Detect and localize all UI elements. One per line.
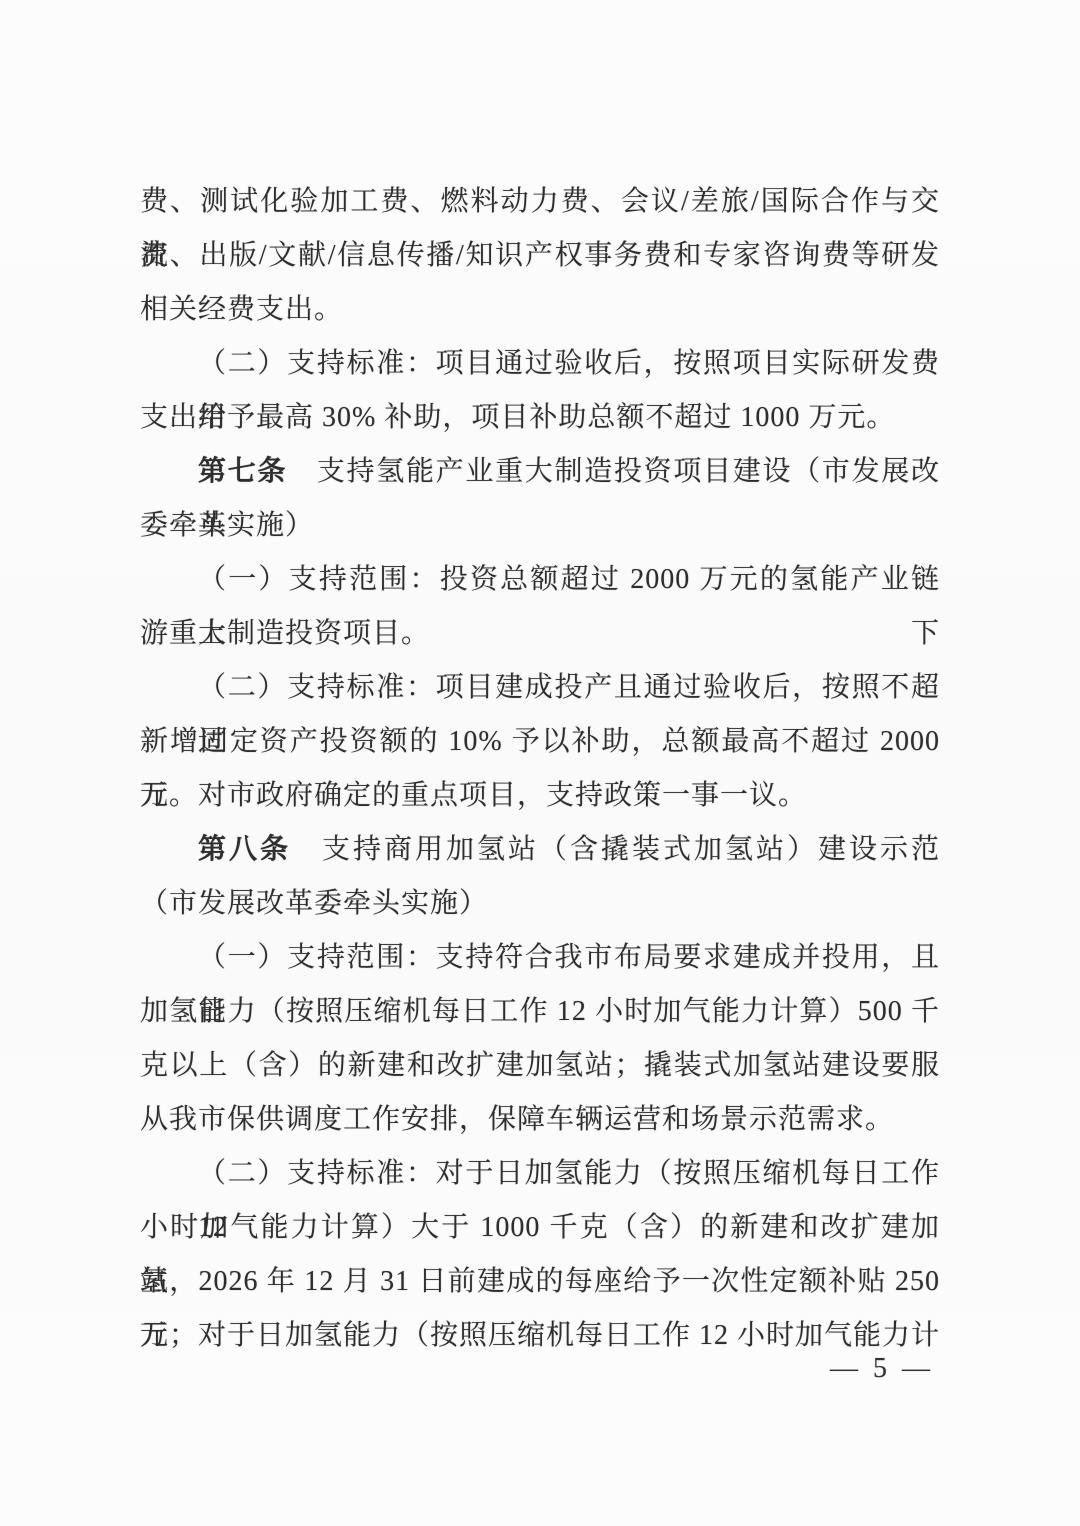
text-line: 元；对于日加氢能力（按照压缩机每日工作 12 小时加气能力计: [140, 1309, 940, 1363]
text-segment: 费、出版/文献/信息传播/知识产权事务费和专家咨询费等研发: [140, 240, 940, 271]
text-line: （一）支持范围：投资总额超过 2000 万元的氢能产业链上下: [140, 553, 940, 607]
text-line: 支出给予最高 30% 补助，项目补助总额不超过 1000 万元。: [140, 391, 940, 445]
text-line: 第八条 支持商用加氢站（含撬装式加氢站）建设示范: [140, 823, 940, 877]
text-segment: 克以上（含）的新建和改扩建加氢站；撬装式加氢站建设要服: [140, 1050, 940, 1081]
text-segment: 相关经费支出。: [140, 294, 343, 325]
text-line: （市发展改革委牵头实施）: [140, 877, 940, 931]
text-line: 费、测试化验加工费、燃料动力费、会议/差旅/国际合作与交流: [140, 175, 940, 229]
text-segment: 支出给予最高 30% 补助，项目补助总额不超过 1000 万元。: [140, 402, 895, 433]
text-segment: 委牵头实施）: [140, 510, 314, 541]
text-line: 小时加气能力计算）大于 1000 千克（含）的新建和改扩建加氢: [140, 1201, 940, 1255]
text-segment: 从我市保供调度工作安排，保障车辆运营和场景示范需求。: [140, 1104, 894, 1135]
text-line: （二）支持标准：项目通过验收后，按照项目实际研发费用: [140, 337, 940, 391]
text-line: （一）支持范围：支持符合我市布局要求建成并投用，且日: [140, 931, 940, 985]
text-segment: 游重大制造投资项目。: [140, 618, 430, 649]
text-line: 第七条 支持氢能产业重大制造投资项目建设（市发展改革: [140, 445, 940, 499]
text-line: （二）支持标准：项目建成投产且通过验收后，按照不超过: [140, 661, 940, 715]
text-segment: 元；对于日加氢能力（按照压缩机每日工作 12 小时加气能力计: [140, 1320, 940, 1351]
text-line: （二）支持标准：对于日加氢能力（按照压缩机每日工作 12: [140, 1147, 940, 1201]
article-heading: 第七条: [198, 456, 287, 487]
text-segment: 元。对市政府确定的重点项目，支持政策一事一议。: [140, 780, 807, 811]
text-line: 站，2026 年 12 月 31 日前建成的每座给予一次性定额补贴 250 万: [140, 1255, 940, 1309]
text-segment: 支持商用加氢站（含撬装式加氢站）建设示范: [291, 834, 940, 865]
text-line: 费、出版/文献/信息传播/知识产权事务费和专家咨询费等研发: [140, 229, 940, 283]
text-line: 加氢能力（按照压缩机每日工作 12 小时加气能力计算）500 千: [140, 985, 940, 1039]
text-line: 从我市保供调度工作安排，保障车辆运营和场景示范需求。: [140, 1093, 940, 1147]
text-line: 元。对市政府确定的重点项目，支持政策一事一议。: [140, 769, 940, 823]
text-line: 委牵头实施）: [140, 499, 940, 553]
text-segment: （市发展改革委牵头实施）: [140, 888, 488, 919]
document-body: 费、测试化验加工费、燃料动力费、会议/差旅/国际合作与交流费、出版/文献/信息传…: [140, 175, 940, 1363]
page-number: — 5 —: [822, 1348, 942, 1390]
text-line: 相关经费支出。: [140, 283, 940, 337]
article-heading: 第八条: [198, 834, 291, 865]
text-segment: 加氢能力（按照压缩机每日工作 12 小时加气能力计算）500 千: [140, 996, 940, 1027]
text-line: 新增固定资产投资额的 10% 予以补助，总额最高不超过 2000 万: [140, 715, 940, 769]
text-line: 克以上（含）的新建和改扩建加氢站；撬装式加氢站建设要服: [140, 1039, 940, 1093]
document-page: 费、测试化验加工费、燃料动力费、会议/差旅/国际合作与交流费、出版/文献/信息传…: [0, 0, 1080, 1526]
